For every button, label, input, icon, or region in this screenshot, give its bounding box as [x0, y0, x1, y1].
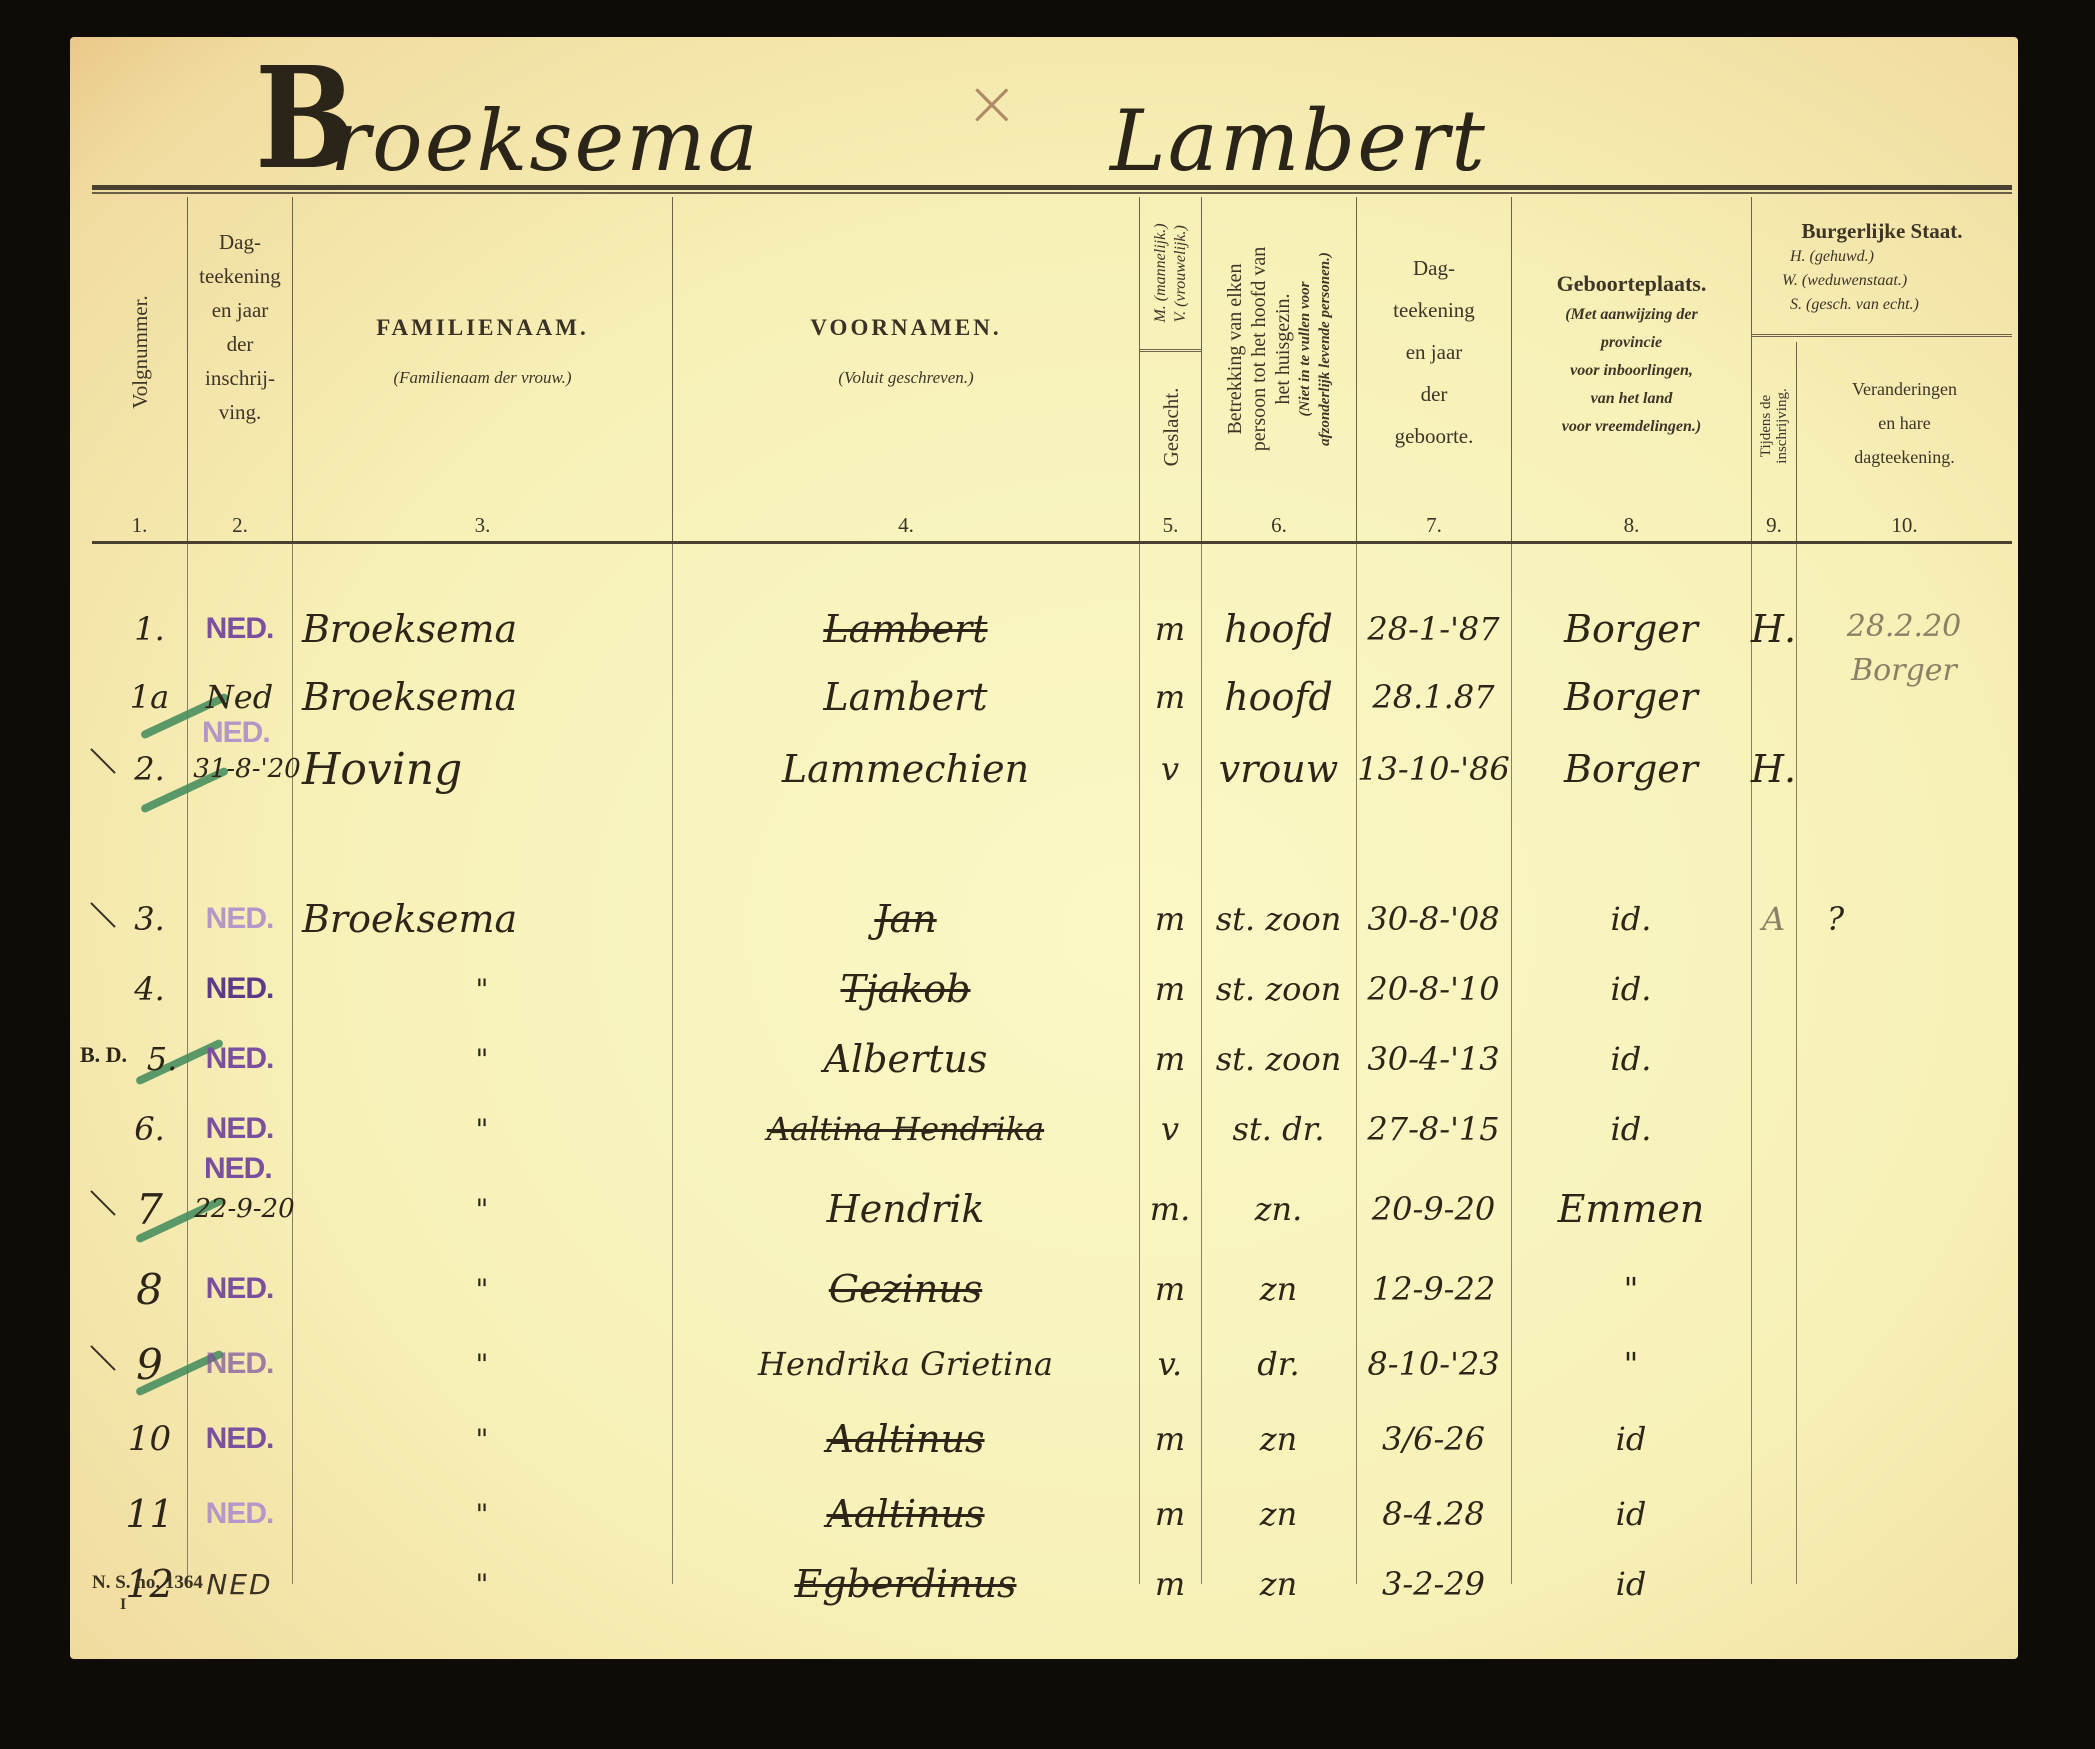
table-row: 12 NED " Egberdinus m zn 3-2-29 id — [92, 1549, 2012, 1619]
title-surname: roeksema — [330, 92, 760, 190]
card-title: B roeksema × Lambert — [160, 37, 1660, 187]
table-row: 9 NED. " Hendrika Grietina v. dr. 8-10-'… — [92, 1329, 2012, 1399]
column-headers: Volgnummer. 1. Dag- teekening en jaar de… — [92, 197, 2012, 542]
entries-table: 1. NED. Broeksema Lambert m hoofd 28-1-'… — [92, 544, 2012, 1584]
nationality-stamp: NED. — [187, 884, 292, 954]
top-rule-thin — [92, 192, 2012, 194]
table-row: 1. NED. Broeksema Lambert m hoofd 28-1-'… — [92, 594, 2012, 664]
header-veranderingen: Veranderingen en hare dagteekening. 10. — [1797, 342, 2012, 542]
table-row: 2. NED. 31-8-'20 Hoving Lammechien v vro… — [92, 734, 2012, 804]
header-voornamen: VOORNAMEN. (Voluit geschreven.) 4. — [672, 197, 1139, 542]
header-inschrijving: Dag- teekening en jaar der inschrij- vin… — [187, 197, 292, 542]
nationality-stamp: NED. — [187, 1479, 292, 1549]
nationality-stamp: NED. — [187, 594, 292, 664]
top-rule — [92, 185, 2012, 190]
nationality-stamp: NED. — [187, 954, 292, 1024]
nationality-stamp: NED. — [187, 1024, 292, 1094]
header-geboorte: Dag- teekening en jaar der geboorte. 7. — [1356, 197, 1511, 542]
header-tijdens-inschrijving: Tijdens de inschrijving. 9. — [1752, 342, 1797, 542]
table-row: 7 NED. 22-9-20 " Hendrik m. zn. 20-9-20 … — [92, 1174, 2012, 1244]
header-geslacht: M. (mannelijk.) V. (vrouwelijk.) Geslach… — [1139, 197, 1201, 542]
header-geboorteplaats: Geboorteplaats. (Met aanwijzing der prov… — [1511, 197, 1751, 542]
table-row: B. D. 5. NED. " Albertus m st. zoon 30-4… — [92, 1024, 2012, 1094]
nationality-stamp: NED. — [187, 1404, 292, 1474]
table-row: 1a Ned Broeksema Lambert m hoofd 28.1.87… — [92, 662, 2012, 732]
title-firstname: Lambert — [1110, 92, 1487, 190]
form-number: N. S. no. 1364 I — [92, 1572, 203, 1614]
title-separator: × — [965, 67, 1019, 141]
table-row: 8 NED. " Gezinus m zn 12-9-22 " — [92, 1254, 2012, 1324]
registration-card: B roeksema × Lambert Volgnummer. 1. Dag-… — [70, 37, 2018, 1659]
header-familienaam: FAMILIENAAM. (Familienaam der vrouw.) 3. — [292, 197, 672, 542]
header-burgerlijke-staat: Burgerlijke Staat. H. (gehuwd.) W. (wedu… — [1751, 197, 2012, 542]
table-row: 3. NED. Broeksema Jan m st. zoon 30-8-'0… — [92, 884, 2012, 954]
table-row: 11 NED. " Aaltinus m zn 8-4.28 id — [92, 1479, 2012, 1549]
nationality-stamp: NED. — [187, 1329, 292, 1399]
table-row: 4. NED. " Tjakob m st. zoon 20-8-'10 id. — [92, 954, 2012, 1024]
table-row: 10 NED. " Aaltinus m zn 3/6-26 id — [92, 1404, 2012, 1474]
nationality-stamp: NED. — [187, 1254, 292, 1324]
table-row: 6. NED. " Aaltina Hendrika v st. dr. 27-… — [92, 1094, 2012, 1164]
bd-annotation: B. D. — [80, 1042, 127, 1068]
header-volgnummer: Volgnummer. 1. — [92, 197, 187, 542]
header-betrekking: Betrekking van elken persoon tot het hoo… — [1201, 197, 1356, 542]
